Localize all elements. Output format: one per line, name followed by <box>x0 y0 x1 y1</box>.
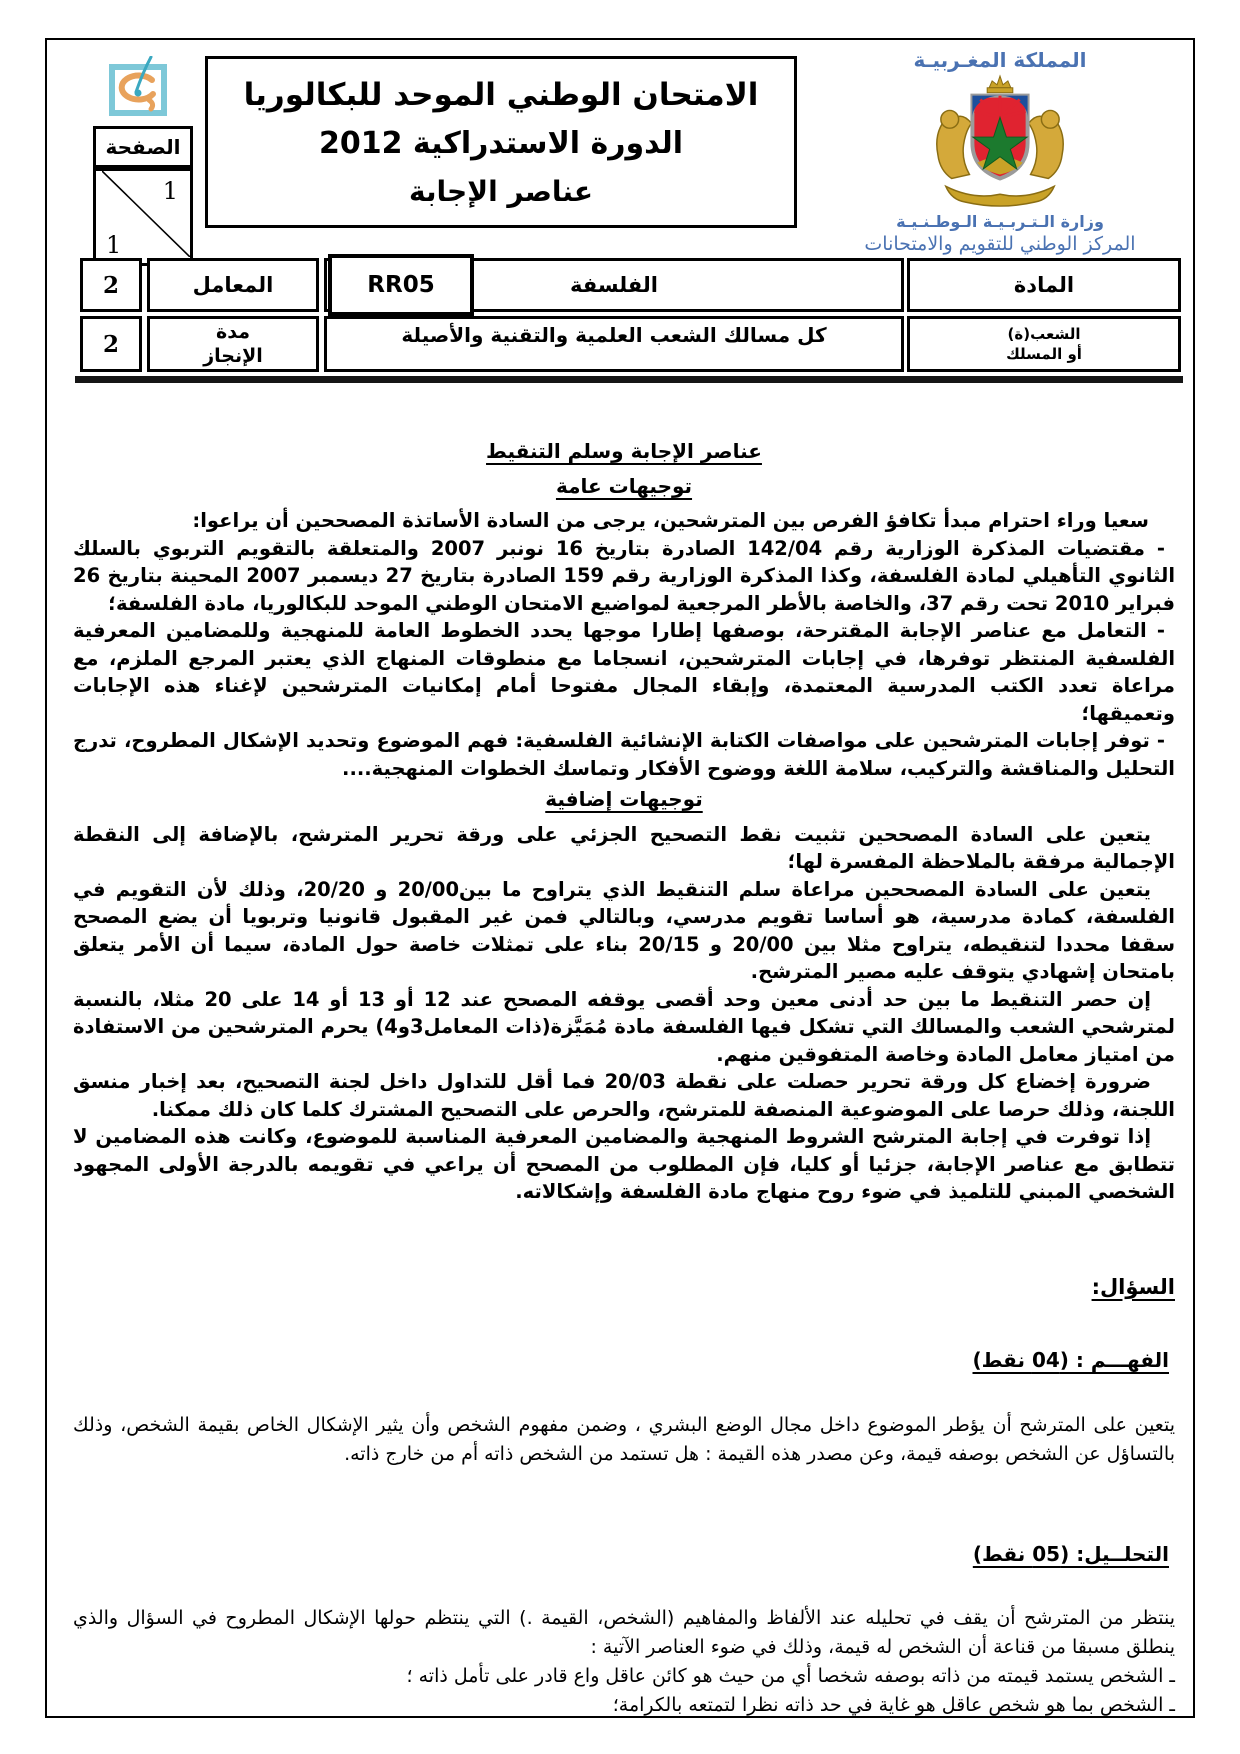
guideline-bullet-1: - مقتضيات المذكرة الوزارية رقم 142/04 ال… <box>73 535 1175 618</box>
comprehension-text: يتعين على المترشح أن يؤطر الموضوع داخل م… <box>73 1411 1175 1469</box>
question-heading: السؤال: <box>73 1274 1175 1302</box>
guideline-bullet-3: - توفر إجابات المترشحين على مواصفات الكت… <box>73 727 1175 782</box>
additional-paragraph-5: إذا توفرت في إجابة المترشح الشروط المنهج… <box>73 1123 1175 1206</box>
analysis-text: ينتظر من المترشح أن يقف في تحليله عند ال… <box>73 1604 1175 1662</box>
header-divider <box>75 376 1183 383</box>
page-label: الصفحة <box>106 135 181 159</box>
analysis-bullet-1: ـ الشخص يستمد قيمته من ذاته بوصفه شخصا أ… <box>73 1662 1175 1691</box>
additional-paragraph-3: إن حصر التنقيط ما بين حد أدنى معين وحد أ… <box>73 986 1175 1069</box>
evaluation-center-name: المركز الوطني للتقويم والامتحانات <box>864 233 1135 255</box>
coat-of-arms-icon <box>916 72 1084 210</box>
exam-title-line2: الدورة الاستدراكية 2012 <box>319 126 683 161</box>
evaluation-center-logo-icon <box>105 56 171 118</box>
branch-label-line1: الشعب(ة) <box>1008 324 1081 344</box>
exam-title-line3: عناصر الإجابة <box>409 175 593 208</box>
page-total: 1 <box>106 231 121 259</box>
additional-paragraph-2: يتعين على السادة المصححين مراعاة سلم الت… <box>73 876 1175 986</box>
coefficient-label-cell: المعامل <box>147 258 319 312</box>
branch-value: كل مسالك الشعب العلمية والتقنية والأصيلة <box>401 323 826 347</box>
heading-additional-guidelines: توجيهات إضافية <box>73 786 1175 814</box>
page-frame: الصفحة 1 1 الامتحان الوطني الموحد للبكال… <box>45 38 1195 1718</box>
coefficient-value: 2 <box>103 272 119 299</box>
additional-paragraph-4: ضرورة إخضاع كل ورقة تحرير حصلت على نقطة … <box>73 1068 1175 1123</box>
exam-title-line1: الامتحان الوطني الموحد للبكالوريا <box>244 77 759 113</box>
duration-label-line1: مدة <box>216 320 250 344</box>
subject-label-cell: المادة <box>907 258 1181 312</box>
additional-paragraph-1: يتعين على السادة المصححين تثبيت نقط التص… <box>73 821 1175 876</box>
analysis-heading: التحلــيل: (05 نقط) <box>73 1541 1169 1569</box>
kingdom-name: المملكة المغـربيـة <box>913 48 1086 72</box>
duration-label-line2: الإنجاز <box>203 344 263 368</box>
duration-label-cell: مدة الإنجاز <box>147 316 319 372</box>
coefficient-label: المعامل <box>193 273 274 297</box>
branch-value-cell: كل مسالك الشعب العلمية والتقنية والأصيلة <box>324 316 904 372</box>
page-number-box: 1 1 <box>93 168 193 266</box>
heading-general-guidelines: توجيهات عامة <box>73 473 1175 501</box>
heading-answer-elements: عناصر الإجابة وسلم التنقيط <box>73 438 1175 466</box>
ministry-header: المملكة المغـربيـة <box>819 48 1181 255</box>
subject-value: الفلسفة <box>570 273 658 297</box>
duration-value-cell: 2 <box>80 316 142 372</box>
branch-label-line2: أو المسلك <box>1006 344 1082 364</box>
document-body: عناصر الإجابة وسلم التنقيط توجيهات عامة … <box>73 438 1175 1720</box>
duration-value: 2 <box>103 331 119 358</box>
guideline-bullet-2: - التعامل مع عناصر الإجابة المقترحة، بوص… <box>73 617 1175 727</box>
comprehension-heading: الفهـــم : (04 نقط) <box>73 1347 1169 1375</box>
ministry-name: وزارة الـتـربـيـة الـوطـنـيـة <box>896 212 1104 231</box>
exam-title-box: الامتحان الوطني الموحد للبكالوريا الدورة… <box>205 56 797 228</box>
page-label-box: الصفحة <box>93 126 193 168</box>
exam-code: RR05 <box>367 272 434 298</box>
analysis-bullet-2: ـ الشخص بما هو شخص عاقل هو غاية في حد ذا… <box>73 1691 1175 1720</box>
subject-label: المادة <box>1014 273 1074 297</box>
exam-code-box: RR05 <box>328 254 474 316</box>
coefficient-value-cell: 2 <box>80 258 142 312</box>
exam-answer-key-page: الصفحة 1 1 الامتحان الوطني الموحد للبكال… <box>0 0 1240 1754</box>
guidelines-intro: سعيا وراء احترام مبدأ تكافؤ الفرص بين ال… <box>73 507 1175 535</box>
page-current: 1 <box>163 177 178 205</box>
branch-label-cell: الشعب(ة) أو المسلك <box>907 316 1181 372</box>
